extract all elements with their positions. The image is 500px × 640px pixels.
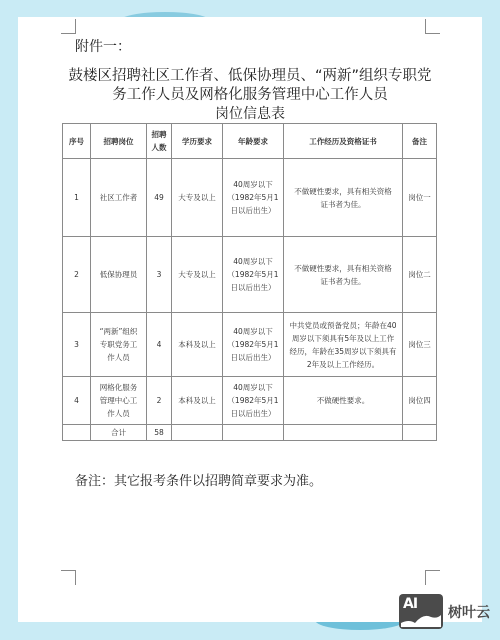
cell-education: 大专及以上 bbox=[172, 237, 223, 313]
cell-age: 40周岁以下（1982年5月1日以后出生） bbox=[223, 159, 284, 237]
document-page: 附件一： 鼓楼区招聘社区工作者、低保协理员、“两新”组织专职党 务工作人员及网格… bbox=[18, 17, 482, 622]
mountain-shape-icon bbox=[399, 609, 443, 629]
header-count: 招聘人数 bbox=[147, 124, 172, 159]
table-row: 1 社区工作者 49 大专及以上 40周岁以下（1982年5月1日以后出生） 不… bbox=[63, 159, 437, 237]
mountain-image-icon: AI bbox=[399, 594, 443, 629]
table-total-row: 合计 58 bbox=[63, 425, 437, 441]
cell-position: 网格化服务管理中心工作人员 bbox=[91, 377, 147, 425]
total-count: 58 bbox=[147, 425, 172, 441]
attachment-label: 附件一： bbox=[75, 36, 131, 56]
header-no: 序号 bbox=[63, 124, 91, 159]
cell-experience: 不做硬性要求，具有相关资格证书者为佳。 bbox=[284, 237, 403, 313]
job-info-table: 序号 招聘岗位 招聘人数 学历要求 年龄要求 工作经历及资格证书 备注 1 社区… bbox=[62, 123, 437, 441]
table-row: 4 网格化服务管理中心工作人员 2 本科及以上 40周岁以下（1982年5月1日… bbox=[63, 377, 437, 425]
header-remark: 备注 bbox=[403, 124, 437, 159]
cell-remark: 岗位二 bbox=[403, 237, 437, 313]
watermark-brand: 树叶云 bbox=[448, 602, 490, 622]
cell-remark: 岗位三 bbox=[403, 313, 437, 377]
cell-experience: 中共党员或预备党员；年龄在40周岁以下须具有5年及以上工作经历，年龄在35周岁以… bbox=[284, 313, 403, 377]
cell-count: 2 bbox=[147, 377, 172, 425]
cell-experience: 不做硬性要求。 bbox=[284, 377, 403, 425]
cell-education: 本科及以上 bbox=[172, 377, 223, 425]
cell-age: 40周岁以下（1982年5月1日以后出生） bbox=[223, 377, 284, 425]
crop-mark-bottom-right-icon bbox=[425, 570, 440, 585]
cell-education: 本科及以上 bbox=[172, 313, 223, 377]
cell-remark bbox=[403, 425, 437, 441]
watermark: AI 树叶云 bbox=[399, 594, 490, 629]
cell-education: 大专及以上 bbox=[172, 159, 223, 237]
table-header-row: 序号 招聘岗位 招聘人数 学历要求 年龄要求 工作经历及资格证书 备注 bbox=[63, 124, 437, 159]
header-age: 年龄要求 bbox=[223, 124, 284, 159]
cell-position: “两新”组织专职党务工作人员 bbox=[91, 313, 147, 377]
title-line-1: 鼓楼区招聘社区工作者、低保协理员、“两新”组织专职党 bbox=[38, 67, 462, 86]
cell-age: 40周岁以下（1982年5月1日以后出生） bbox=[223, 237, 284, 313]
cell-count: 3 bbox=[147, 237, 172, 313]
screen: 附件一： 鼓楼区招聘社区工作者、低保协理员、“两新”组织专职党 务工作人员及网格… bbox=[0, 0, 500, 640]
header-education: 学历要求 bbox=[172, 124, 223, 159]
cell-experience: 不做硬性要求，具有相关资格证书者为佳。 bbox=[284, 159, 403, 237]
cell-education bbox=[172, 425, 223, 441]
cell-remark: 岗位一 bbox=[403, 159, 437, 237]
table-row: 3 “两新”组织专职党务工作人员 4 本科及以上 40周岁以下（1982年5月1… bbox=[63, 313, 437, 377]
cell-position: 社区工作者 bbox=[91, 159, 147, 237]
crop-mark-bottom-left-icon bbox=[61, 570, 76, 585]
cell-age bbox=[223, 425, 284, 441]
header-position: 招聘岗位 bbox=[91, 124, 147, 159]
footnote: 备注：其它报考条件以招聘简章要求为准。 bbox=[75, 470, 322, 489]
title-line-3: 岗位信息表 bbox=[38, 105, 462, 124]
cell-no bbox=[63, 425, 91, 441]
cell-remark: 岗位四 bbox=[403, 377, 437, 425]
cell-count: 49 bbox=[147, 159, 172, 237]
header-experience: 工作经历及资格证书 bbox=[284, 124, 403, 159]
total-label: 合计 bbox=[91, 425, 147, 441]
cell-no: 4 bbox=[63, 377, 91, 425]
table-row: 2 低保协理员 3 大专及以上 40周岁以下（1982年5月1日以后出生） 不做… bbox=[63, 237, 437, 313]
title-line-2: 务工作人员及网格化服务管理中心工作人员 bbox=[38, 86, 462, 105]
crop-mark-top-left-icon bbox=[61, 19, 76, 34]
cell-no: 3 bbox=[63, 313, 91, 377]
cell-position: 低保协理员 bbox=[91, 237, 147, 313]
cell-count: 4 bbox=[147, 313, 172, 377]
crop-mark-top-right-icon bbox=[425, 19, 440, 34]
cell-experience bbox=[284, 425, 403, 441]
cell-no: 1 bbox=[63, 159, 91, 237]
cell-no: 2 bbox=[63, 237, 91, 313]
cell-age: 40周岁以下（1982年5月1日以后出生） bbox=[223, 313, 284, 377]
document-title: 鼓楼区招聘社区工作者、低保协理员、“两新”组织专职党 务工作人员及网格化服务管理… bbox=[38, 67, 462, 124]
